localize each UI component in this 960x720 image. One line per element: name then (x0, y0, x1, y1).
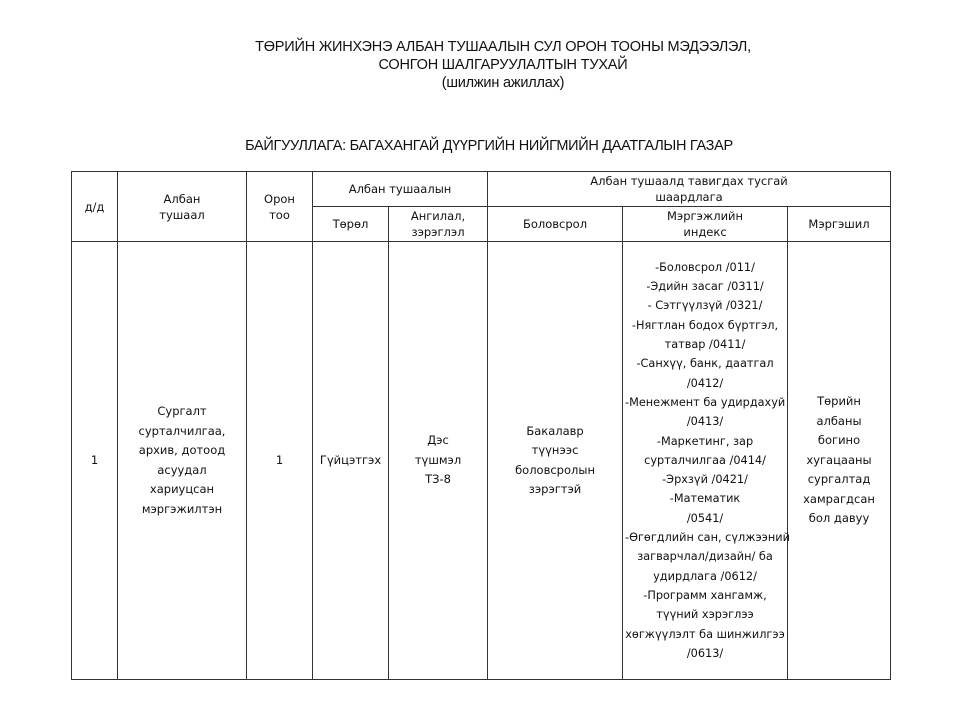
specialty-index-line: -Менежмент ба удирдахуй (625, 393, 785, 412)
specialty-index-line: /0541/ (625, 509, 785, 528)
cell-education: Бакалавр түүнээс боловсролын зэрэгтэй (488, 242, 623, 680)
specialty-index-line: -Нягтлан бодох бүртгэл, (625, 316, 785, 335)
specialty-index-line: загварчлал/дизайн/ ба (625, 547, 785, 566)
cell-qualification: Төрийн албаны богино хугацааны сургалтад… (788, 242, 891, 680)
header-education: Боловсрол (488, 207, 623, 242)
specialty-index-line: /0413/ (625, 412, 785, 431)
specialty-index-line: удирдлага /0612/ (625, 567, 785, 586)
vacancy-table: д/д Албан тушаал Орон тоо Албан тушаалын… (71, 171, 891, 680)
title-line-1: ТӨРИЙН ЖИНХЭНЭ АЛБАН ТУШААЛЫН СУЛ ОРОН Т… (0, 38, 960, 56)
cell-no: 1 (72, 242, 118, 680)
header-position-group: Албан тушаалын (313, 172, 488, 207)
specialty-index-line: /0613/ (625, 644, 785, 663)
specialty-index-line: -Боловсрол /011/ (625, 258, 785, 277)
specialty-index-line: сурталчилгаа /0414/ (625, 451, 785, 470)
header-position: Албан тушаал (118, 172, 247, 242)
header-no: д/д (72, 172, 118, 242)
specialty-index-line: -Санхүү, банк, даатгал (625, 354, 785, 373)
specialty-index-line: татвар /0411/ (625, 335, 785, 354)
header-type: Төрөл (313, 207, 389, 242)
specialty-index-line: /0412/ (625, 374, 785, 393)
specialty-index-line: -Эрхзүй /0421/ (625, 470, 785, 489)
specialty-index-line: -Математик (625, 489, 785, 508)
specialty-index-line: -Программ хангамж, (625, 586, 785, 605)
specialty-index-line: түүний хэрэглээ (625, 605, 785, 624)
document-title: ТӨРИЙН ЖИНХЭНЭ АЛБАН ТУШААЛЫН СУЛ ОРОН Т… (0, 38, 960, 92)
organization-heading: БАЙГУУЛЛАГА: БАГАХАНГАЙ ДҮҮРГИЙН НИЙГМИЙ… (0, 138, 960, 154)
cell-specialty-index: -Боловсрол /011/-Эдийн засаг /0311/- Сэт… (623, 242, 788, 680)
cell-position: Сургалт сурталчилгаа, архив, дотоод асуу… (118, 242, 247, 680)
header-rank: Ангилал, зэрэглэл (389, 207, 488, 242)
specialty-index-line: -Өгөгдлийн сан, сүлжээний (625, 528, 785, 547)
specialty-index-line: -Эдийн засаг /0311/ (625, 277, 785, 296)
specialty-index-line: -Маркетинг, зар (625, 432, 785, 451)
header-specialty-index: Мэргэжлийн индекс (623, 207, 788, 242)
header-count: Орон тоо (247, 172, 313, 242)
specialty-index-line: хөгжүүлэлт ба шинжилгээ (625, 625, 785, 644)
header-requirements-group: Албан тушаалд тавигдах тусгай шаардлага (488, 172, 891, 207)
cell-type: Гүйцэтгэх (313, 242, 389, 680)
specialty-index-line: - Сэтгүүлзүй /0321/ (625, 296, 785, 315)
cell-rank: Дэс түшмэл ТЗ-8 (389, 242, 488, 680)
header-row-1: д/д Албан тушаал Орон тоо Албан тушаалын… (72, 172, 891, 207)
cell-count: 1 (247, 242, 313, 680)
header-qualification: Мэргэшил (788, 207, 891, 242)
table-row: 1 Сургалт сурталчилгаа, архив, дотоод ас… (72, 242, 891, 680)
title-line-2: СОНГОН ШАЛГАРУУЛАЛТЫН ТУХАЙ (0, 56, 960, 74)
title-line-3: (шилжин ажиллах) (0, 74, 960, 92)
